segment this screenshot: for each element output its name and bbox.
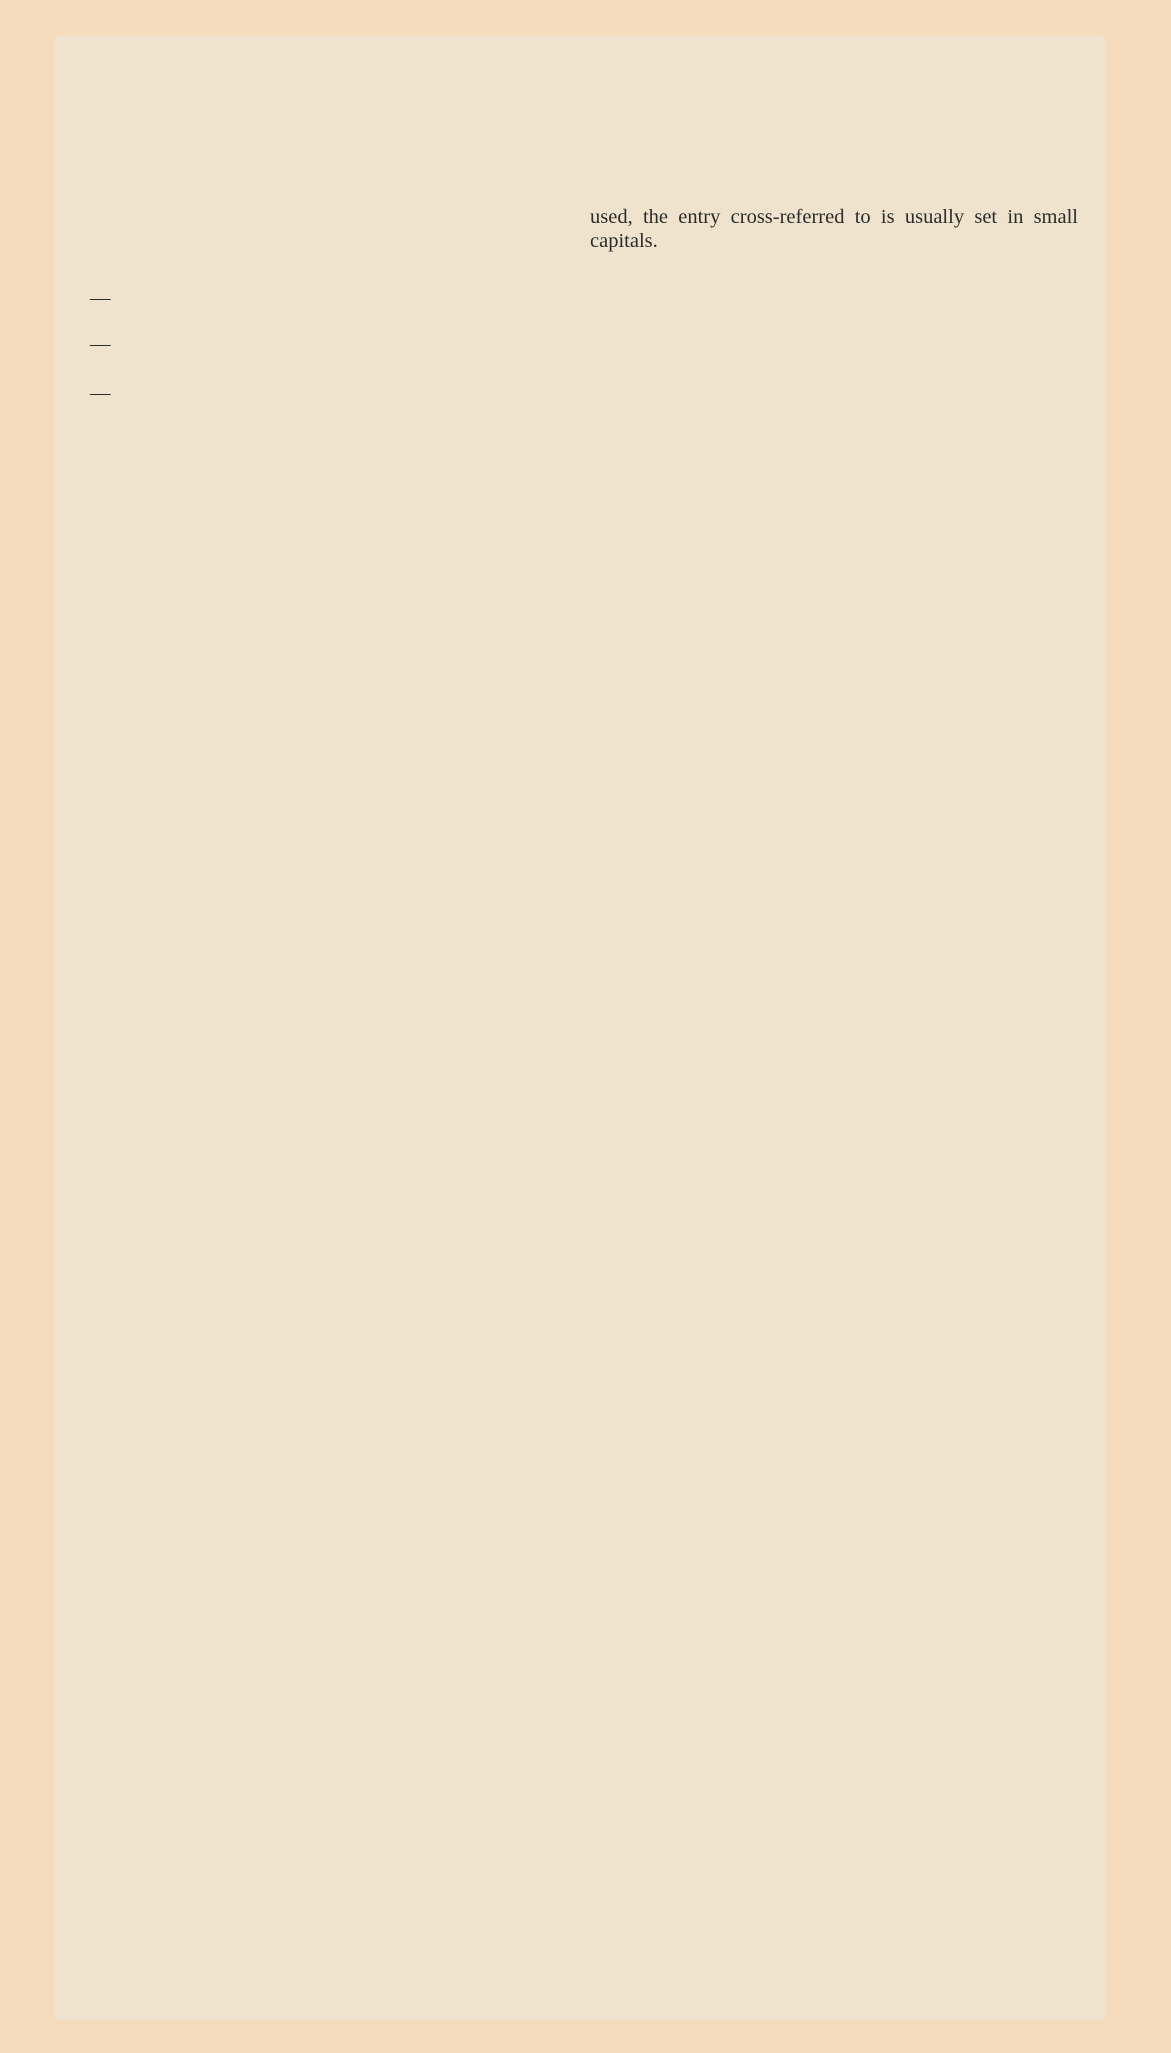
cross-references-paragraph: — <box>66 382 429 406</box>
alternative-spellings-paragraph: — <box>66 333 429 357</box>
section-heading-guide-words <box>66 206 429 230</box>
cross-references-continuation: used, the entry cross-referred to is usu… <box>590 206 1078 253</box>
arrangement-paragraph: — <box>66 287 429 311</box>
right-column-content: used, the entry cross-referred to is usu… <box>590 206 1078 267</box>
section-heading-main-entry <box>66 260 429 284</box>
left-column: — — — <box>66 206 429 420</box>
